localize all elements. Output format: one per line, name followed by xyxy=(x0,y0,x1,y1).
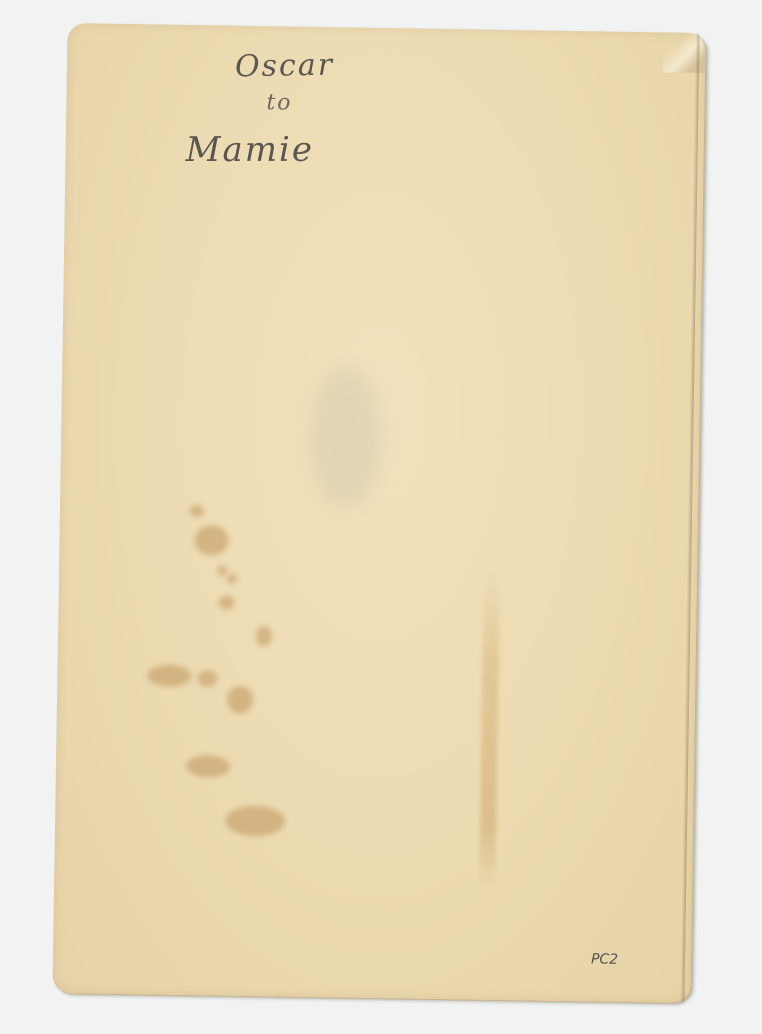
stain-spot xyxy=(227,574,237,584)
foxing-stains xyxy=(68,23,706,33)
stain-spot xyxy=(218,595,234,609)
stain-spot xyxy=(217,565,227,575)
stain-spot xyxy=(190,505,204,517)
inscription-line-mamie: Mamie xyxy=(186,130,314,170)
stain-spot xyxy=(194,525,228,556)
stain-spot xyxy=(147,664,191,687)
worn-corner xyxy=(663,32,706,73)
inscription-line-oscar: Oscar xyxy=(235,48,335,85)
water-stain-streak xyxy=(479,570,500,890)
catalog-mark: PC2 xyxy=(591,951,618,967)
stain-spot xyxy=(186,755,230,778)
stain-spot xyxy=(256,626,272,646)
cabinet-card-back: Oscar to Mamie PC2 xyxy=(52,23,705,1003)
stain-spot xyxy=(197,670,217,686)
grey-smudge xyxy=(310,367,382,508)
stain-spot xyxy=(225,806,285,837)
stain-spot xyxy=(227,686,253,714)
inscription-line-to: to xyxy=(266,90,292,115)
